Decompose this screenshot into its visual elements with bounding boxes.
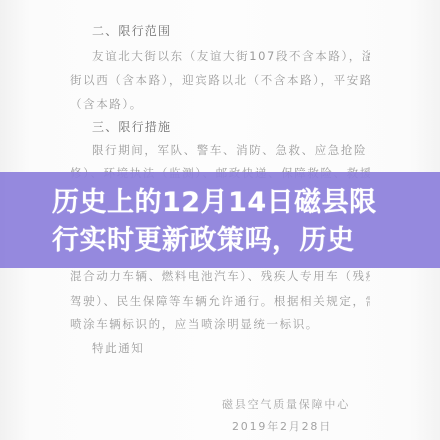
title-banner: 历史上的12月14日磁县限行实时更新政策吗，历史	[0, 172, 440, 268]
document-line: 混合动力车辆、燃料电池汽车）、残疾人专用车（残疾人	[70, 268, 370, 284]
document-line: 驾驶）、民生保障等车辆允许通行。根据相关规定，需要	[70, 293, 370, 309]
banner-title: 历史上的12月14日磁县限行实时更新政策吗，历史	[52, 184, 402, 260]
section-heading-measures: 三、限行措施	[92, 118, 171, 135]
document-line: （含本路）。	[70, 96, 370, 112]
signature-organization: 磁县空气质量保障中心	[222, 396, 350, 412]
document-page: 二、限行范围 友谊北大街以东（友谊大街107段不含本路），滏阳大 街以西（含本路…	[0, 0, 440, 440]
closing-line: 特此通知	[92, 340, 392, 356]
document-line: 喷涂车辆标识的，应当喷涂明显统一标识。	[70, 316, 370, 332]
section-heading-scope: 二、限行范围	[92, 22, 171, 39]
document-line: 限行期间，军队、警车、消防、急救、应急抢险（抢	[92, 142, 370, 158]
document-line: 街以西（含本路），迎宾路以北（不含本路），平安路以南	[70, 72, 370, 88]
signature-date: 2019年2月28日	[232, 418, 332, 434]
document-line: 友谊北大街以东（友谊大街107段不含本路），滏阳大	[92, 48, 370, 64]
